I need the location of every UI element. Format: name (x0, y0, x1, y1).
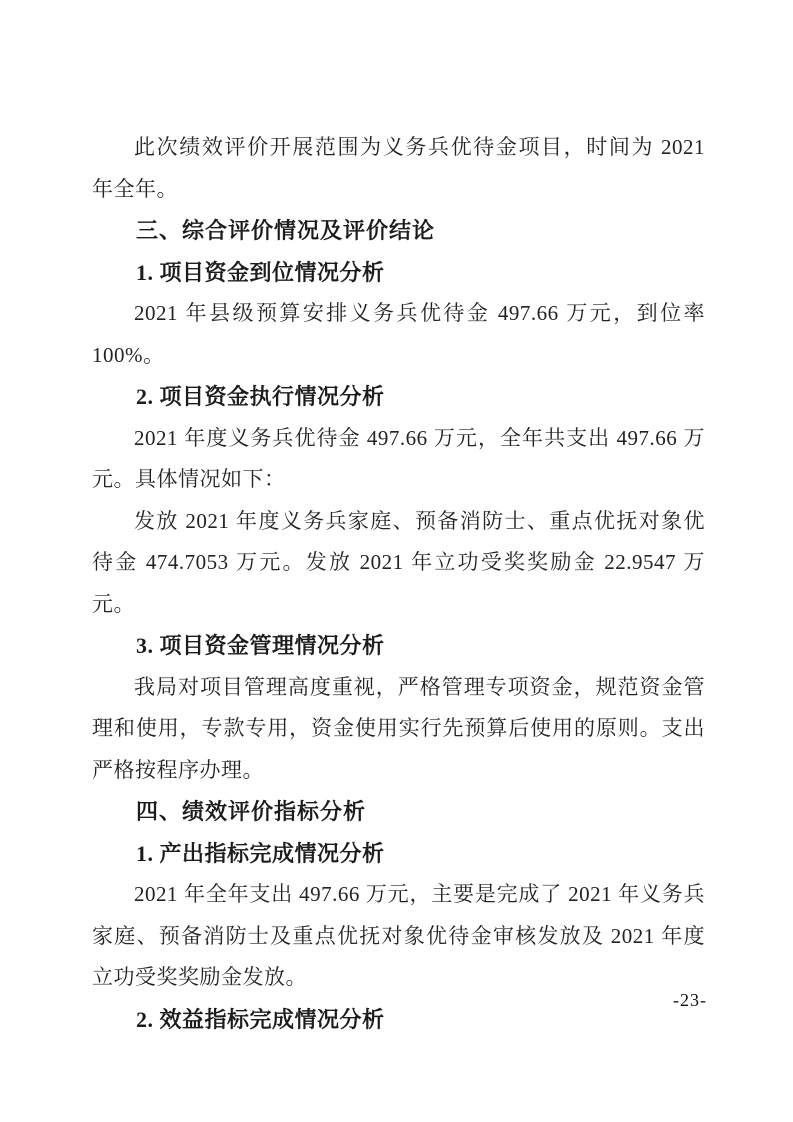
subheading-output-indicator-analysis: 1. 产出指标完成情况分析 (92, 833, 705, 875)
subheading-benefit-indicator-analysis: 2. 效益指标完成情况分析 (92, 999, 705, 1041)
subheading-funds-management-analysis: 3. 项目资金管理情况分析 (92, 625, 705, 667)
para-evaluation-scope: 此次绩效评价开展范围为义务兵优待金项目，时间为 2021 年全年。 (92, 127, 705, 210)
para-funds-execution: 2021 年度义务兵优待金 497.66 万元，全年共支出 497.66 万元。… (92, 418, 705, 501)
subheading-funds-execution-analysis: 2. 项目资金执行情况分析 (92, 376, 705, 418)
para-output-indicator: 2021 年全年支出 497.66 万元，主要是完成了 2021 年义务兵家庭、… (92, 874, 705, 999)
document-page: 此次绩效评价开展范围为义务兵优待金项目，时间为 2021 年全年。 三、综合评价… (0, 0, 793, 1122)
document-body: 此次绩效评价开展范围为义务兵优待金项目，时间为 2021 年全年。 三、综合评价… (92, 127, 705, 1040)
para-funds-in-place: 2021 年县级预算安排义务兵优待金 497.66 万元，到位率 100%。 (92, 293, 705, 376)
para-funds-management: 我局对项目管理高度重视，严格管理专项资金，规范资金管理和使用，专款专用，资金使用… (92, 667, 705, 792)
para-funds-distribution-detail: 发放 2021 年度义务兵家庭、预备消防士、重点优抚对象优待金 474.7053… (92, 501, 705, 626)
heading-section-4-indicator-analysis: 四、绩效评价指标分析 (92, 791, 705, 833)
heading-section-3-overall-evaluation: 三、综合评价情况及评价结论 (92, 210, 705, 252)
page-number: -23- (673, 990, 707, 1011)
subheading-funds-in-place-analysis: 1. 项目资金到位情况分析 (92, 252, 705, 294)
